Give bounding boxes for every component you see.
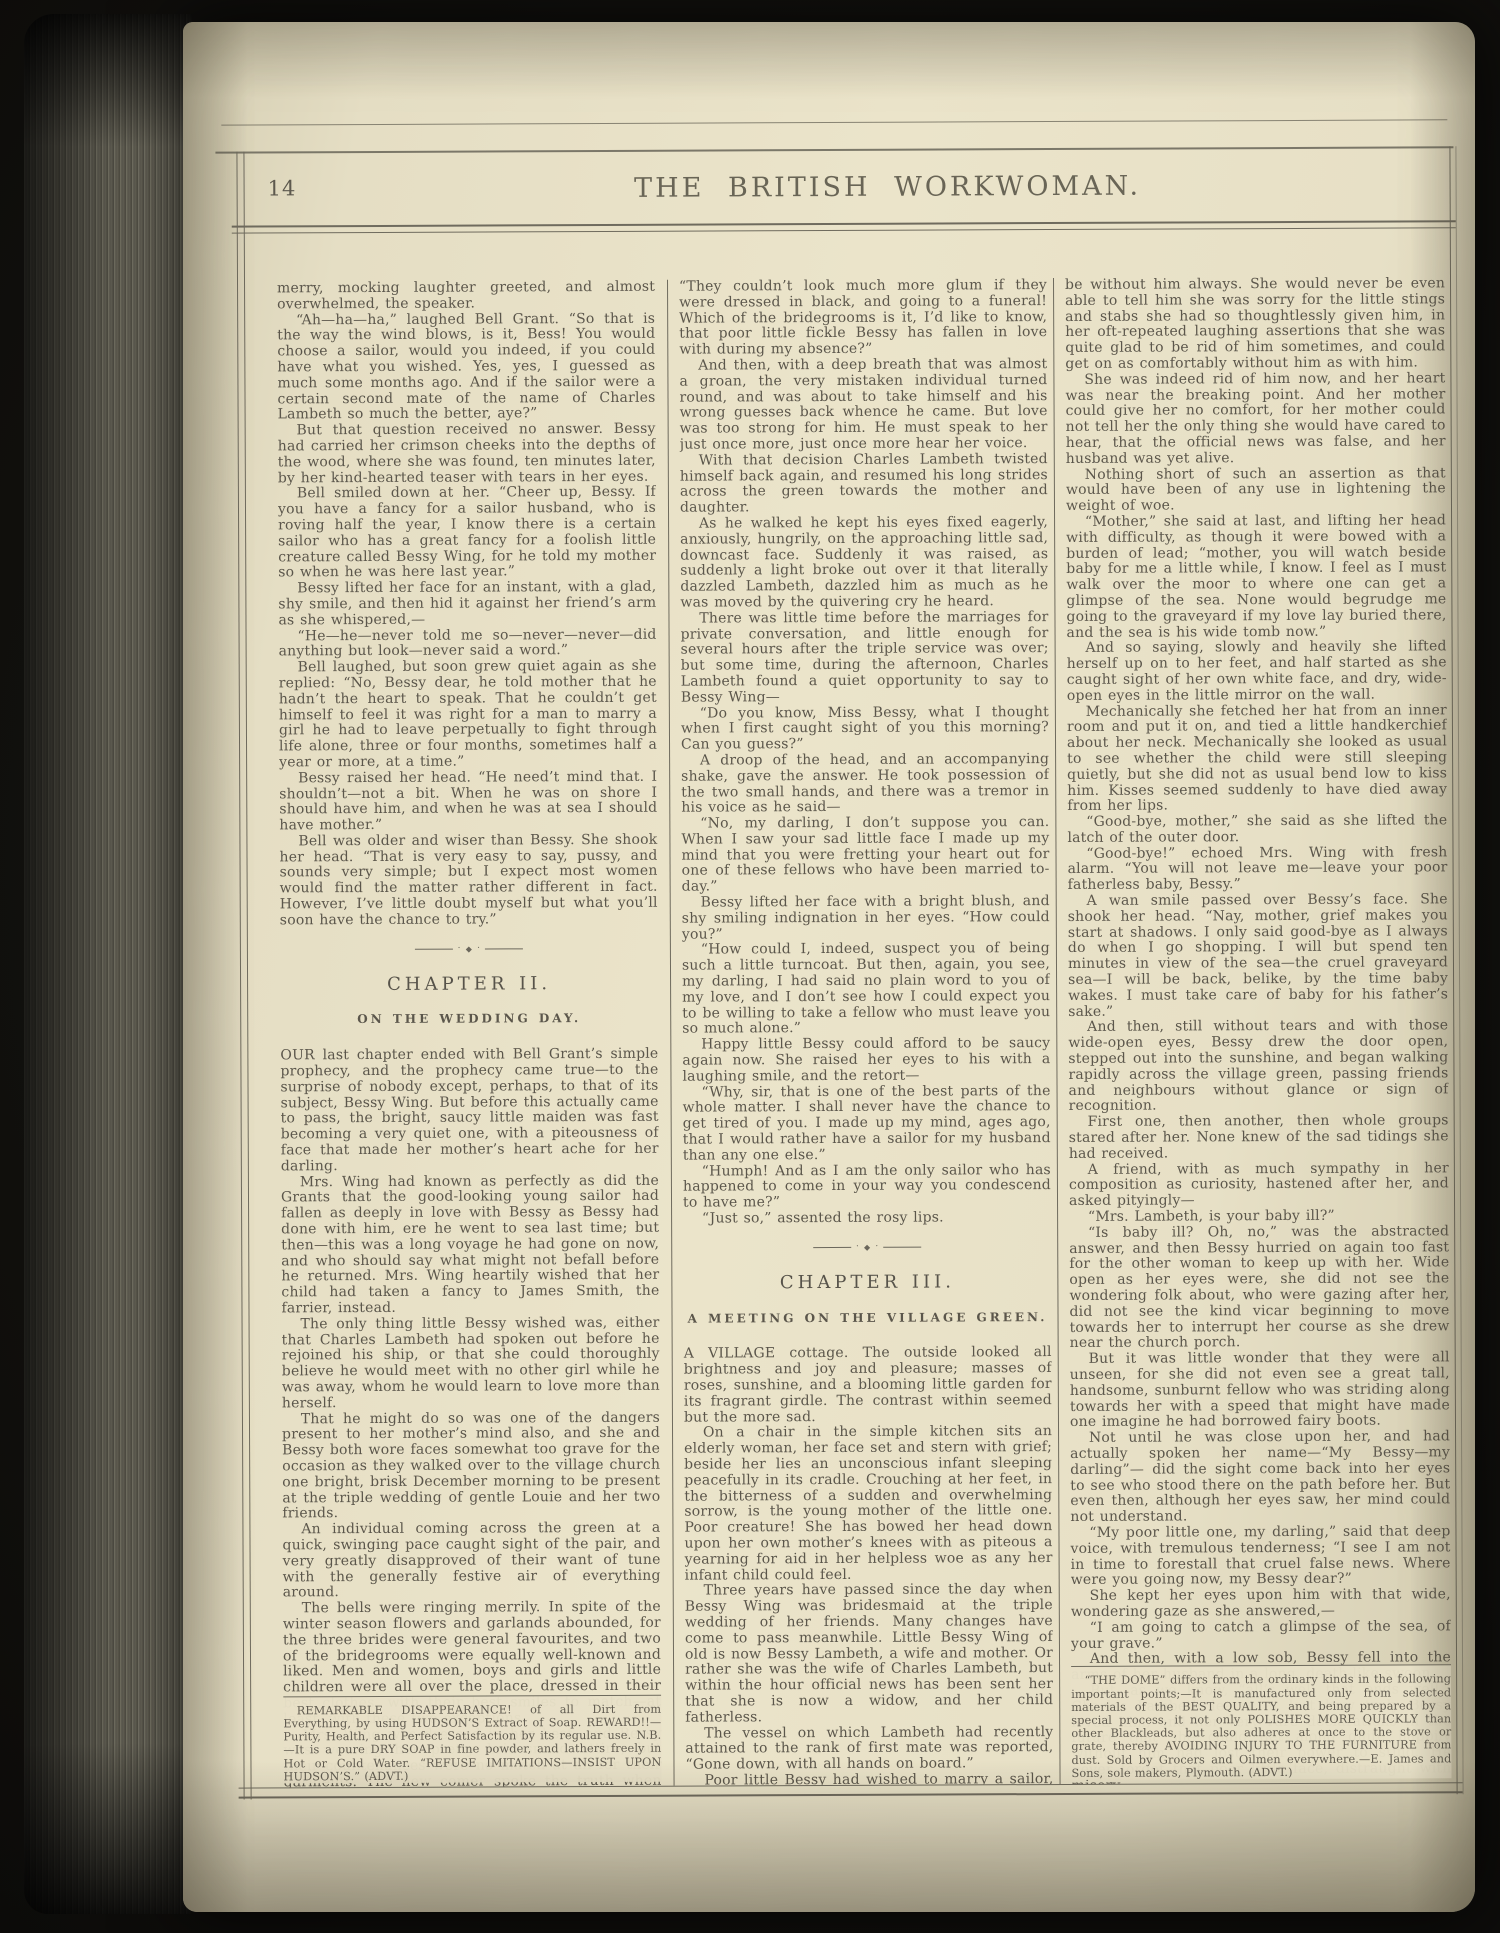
footnote-advert-block: REMARKABLE DISAPPEARANCE! of all Dirt fr… [283, 1695, 661, 1784]
section-divider-ornament: ·◆· [280, 945, 658, 953]
story-paragraph: “Why, sir, that is one of the best parts… [683, 1084, 1051, 1165]
story-paragraph: The only thing little Bessy wished was, … [282, 1316, 660, 1412]
masthead-title: THE BRITISH WORKWOMAN. [242, 169, 1500, 206]
story-paragraph: She was indeed rid of him now, and her h… [1065, 371, 1445, 467]
page-content: 14 THE BRITISH WORKWOMAN. merry, mocking… [179, 19, 1479, 1915]
story-paragraph: But that question received no answer. Be… [278, 422, 656, 487]
story-paragraph: And then, still without tears and with t… [1068, 1019, 1448, 1115]
story-paragraph: Bessy lifted her face with a bright blus… [682, 894, 1050, 943]
column-divider-1 [667, 280, 675, 1786]
story-paragraph: With that decision Charles Lambeth twist… [680, 452, 1048, 517]
story-paragraph: “Humph! And as I am the only sailor who … [683, 1163, 1051, 1212]
story-paragraph: Bell smiled down at her. “Cheer up, Bess… [278, 485, 656, 581]
chapter-subtitle: ON THE WEDDING DAY. [280, 1011, 658, 1028]
story-paragraph: Bell laughed, but soon grew quiet again … [279, 659, 657, 771]
story-paragraph: “Good-bye, mother,” she said as she lift… [1067, 813, 1447, 846]
right-frame-rule [1449, 146, 1463, 1794]
story-paragraph: “He—he—never told me so—never—never—did … [279, 627, 657, 660]
chapter-subtitle: A MEETING ON THE VILLAGE GREEN. [684, 1310, 1052, 1327]
story-paragraph: First one, then another, then whole grou… [1069, 1114, 1449, 1163]
story-paragraph: Poor little Bessy had wished to marry a … [686, 1772, 1054, 1786]
column-divider-2 [1053, 278, 1061, 1784]
story-paragraph: As he walked he kept his eyes fixed eage… [680, 515, 1048, 611]
story-paragraph: Bessy lifted her face for an instant, wi… [278, 580, 656, 629]
story-paragraph: Nothing short of such an assertion as th… [1066, 466, 1446, 515]
story-paragraph: Bessy raised her head. “He need’t mind t… [279, 769, 657, 834]
book-page-edges [24, 14, 192, 1914]
story-paragraph: On a chair in the simple kitchen sits an… [684, 1424, 1053, 1584]
story-paragraph: Mrs. Wing had known as perfectly as did … [281, 1173, 660, 1317]
bottom-frame-rule-2 [239, 1791, 1463, 1798]
story-paragraph: be without him always. She would never b… [1065, 276, 1445, 372]
story-paragraph: “Do you know, Miss Bessy, what I thought… [681, 705, 1049, 754]
story-paragraph: But it was little wonder that they were … [1070, 1350, 1450, 1431]
story-paragraph: The vessel on which Lambeth had recently… [685, 1725, 1053, 1774]
story-paragraph: Three years have passed since the day wh… [685, 1582, 1054, 1726]
story-paragraph: A friend, with as much sympathy in her c… [1069, 1161, 1449, 1210]
story-paragraph: “My poor little one, my darling,” said t… [1070, 1524, 1450, 1589]
newspaper-page: 14 THE BRITISH WORKWOMAN. merry, mocking… [183, 22, 1475, 1912]
header-rule-1 [232, 220, 1456, 227]
story-paragraph: A droop of the head, and an accompanying… [681, 752, 1049, 817]
story-paragraph: “How could I, indeed, suspect you of bei… [682, 942, 1050, 1038]
story-paragraph: “Ah—ha—ha,” laughed Bell Grant. “So that… [277, 311, 655, 423]
story-paragraph: “Good-bye!” echoed Mrs. Wing with fresh … [1067, 845, 1447, 894]
chapter-heading: CHAPTER III. [683, 1274, 1051, 1291]
top-frame-rule-2 [215, 146, 1453, 153]
story-paragraph: There was little time before the marriag… [680, 610, 1048, 706]
footnote-advert-block: “THE DOME” differs from the ordinary kin… [1071, 1665, 1451, 1780]
story-paragraph: That he might do so was one of the dange… [282, 1410, 660, 1522]
footnote-advert: REMARKABLE DISAPPEARANCE! of all Dirt fr… [283, 1703, 661, 1784]
section-divider-ornament: ·◆· [683, 1244, 1051, 1252]
story-paragraph: “I am going to catch a glimpse of the se… [1071, 1619, 1451, 1652]
story-paragraph: An individual coming across the green at… [282, 1521, 660, 1602]
text-column-1: merry, mocking laughter greeted, and alm… [277, 280, 662, 1788]
story-paragraph: Not until he was close upon her, and had… [1070, 1429, 1450, 1525]
story-paragraph: “They couldn’t look much more glum if th… [679, 278, 1047, 359]
story-paragraph: And then, with a deep breath that was al… [679, 357, 1047, 453]
footnote-advert: “THE DOME” differs from the ordinary kin… [1071, 1673, 1451, 1780]
story-paragraph: “Just so,” assented the rosy lips. [683, 1210, 1051, 1227]
story-paragraph: OUR last chapter ended with Bell Grant’s… [280, 1047, 659, 1175]
top-frame-rule-1 [221, 119, 1447, 125]
chapter-heading: CHAPTER II. [280, 975, 658, 992]
story-paragraph: And so saying, slowly and heavily she li… [1067, 640, 1447, 705]
text-column-2: “They couldn’t look much more glum if th… [679, 278, 1054, 1786]
story-paragraph: “No, my darling, I don’t suppose you can… [681, 815, 1049, 896]
story-paragraph: Bell was older and wiser than Bessy. She… [279, 833, 657, 929]
story-paragraph: A VILLAGE cottage. The outside looked al… [684, 1345, 1052, 1426]
story-paragraph: “Is baby ill? Oh, no,” was the abstracte… [1069, 1224, 1450, 1352]
story-paragraph: Happy little Bessy could afford to be sa… [682, 1036, 1050, 1085]
header-rule-2 [232, 227, 1456, 233]
story-paragraph: A wan smile passed over Bessy’s face. Sh… [1068, 892, 1449, 1020]
story-paragraph: Mechanically she fetched her hat from an… [1067, 703, 1447, 815]
story-paragraph: She kept her eyes upon him with that wid… [1071, 1587, 1451, 1620]
left-frame-rule [236, 152, 251, 1800]
text-column-3: be without him always. She would never b… [1065, 276, 1452, 1784]
photo-background: 14 THE BRITISH WORKWOMAN. merry, mocking… [0, 0, 1500, 1933]
story-paragraph: merry, mocking laughter greeted, and alm… [277, 280, 655, 313]
story-paragraph: “Mother,” she said at last, and lifting … [1066, 513, 1447, 641]
